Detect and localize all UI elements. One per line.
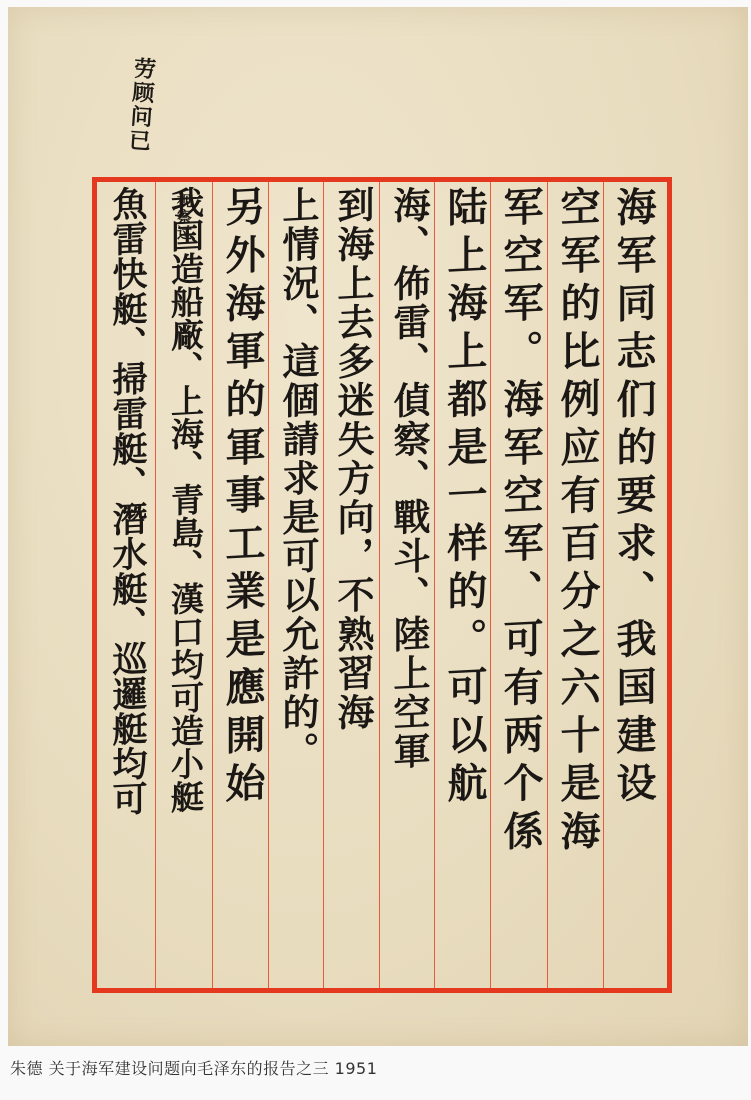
manuscript-paper: 劳顾问已 海军同志们的要求、我国建设 空军的比例应有百分之六十是海 军空军。海军… xyxy=(8,7,748,1046)
text-column-7: 上情況、這個請求是可以允許的。 xyxy=(270,186,326,986)
text-column-6: 到海上去多迷失方向，不熟習海 xyxy=(325,186,381,986)
text-column-1: 海军同志们的要求、我国建设 xyxy=(605,186,661,986)
column-text: 魚雷快艇、掃雷艇、潛水艇、巡邏艇均可 xyxy=(99,185,155,818)
column-text: 我国造船廠、上海、青島、漢口均可造小艇 xyxy=(157,185,213,815)
column-text: 上情況、這個請求是可以允許的。 xyxy=(270,185,326,773)
margin-annotation: 劳顾问已 xyxy=(123,56,161,154)
text-column-8: 另外海軍的軍事工業是應開始 xyxy=(214,186,270,986)
column-text: 空军的比例应有百分之六十是海 xyxy=(549,185,605,860)
column-rule xyxy=(155,182,156,988)
column-text: 军空军。海军空军、可有两个係 xyxy=(492,185,548,860)
red-grid-frame: 海军同志们的要求、我国建设 空军的比例应有百分之六十是海 军空军。海军空军、可有… xyxy=(92,177,672,993)
text-column-3: 军空军。海军空军、可有两个係 xyxy=(492,186,548,986)
text-column-2: 空军的比例应有百分之六十是海 xyxy=(549,186,605,986)
text-column-9: 我国造船廠、上海、青島、漢口均可造小艇 xyxy=(157,186,213,986)
column-text: 海、佈雷、偵察、戰斗、陸上空軍 xyxy=(381,185,437,773)
inline-annotation: 视察过 xyxy=(174,193,195,241)
column-text: 海军同志们的要求、我国建设 xyxy=(605,185,661,812)
text-column-5: 海、佈雷、偵察、戰斗、陸上空軍 xyxy=(381,186,437,986)
column-text: 另外海軍的軍事工業是應開始 xyxy=(214,185,270,812)
text-column-4: 陆上海上都是一样的。可以航 xyxy=(436,186,492,986)
text-column-10: 魚雷快艇、掃雷艇、潛水艇、巡邏艇均可 xyxy=(99,186,155,986)
column-text: 陆上海上都是一样的。可以航 xyxy=(436,185,492,812)
column-text: 到海上去多迷失方向，不熟習海 xyxy=(325,185,381,734)
image-caption: 朱德 关于海军建设问题向毛泽东的报告之三 1951 xyxy=(10,1056,377,1079)
